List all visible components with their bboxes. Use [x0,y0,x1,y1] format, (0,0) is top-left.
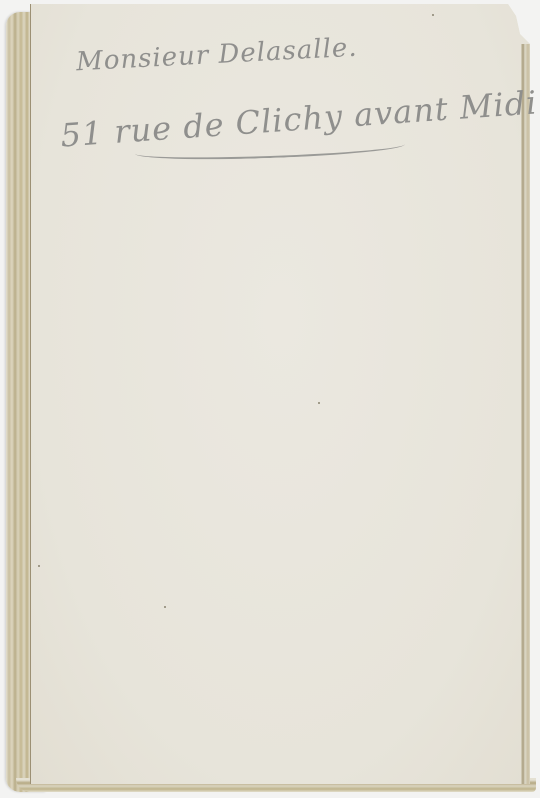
paper-speck [38,565,40,567]
paper-speck [164,606,166,608]
paper-speck [432,14,434,16]
page-right-edge [521,44,531,784]
paper-speck [318,402,320,404]
